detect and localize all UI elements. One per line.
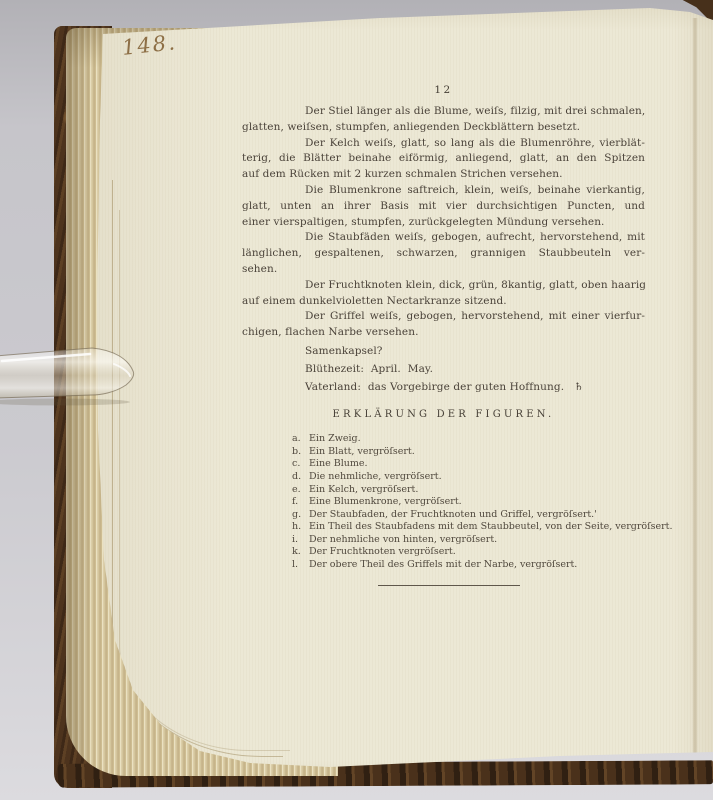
- figure-text: Eine Blume.: [309, 458, 368, 471]
- paragraph-line: Die Blumenkrone saftreich, klein, weiſs,…: [242, 183, 645, 199]
- section-end-rule: [378, 585, 520, 586]
- figure-letter: b.: [292, 446, 309, 459]
- paragraph-line: terig, die Blätter beinahe eiförmig, anl…: [242, 151, 645, 167]
- paragraph-line: Der Griffel weiſs, gebogen, hervorstehen…: [242, 309, 645, 325]
- figure-item: d.Die nehmliche, vergröſsert.: [292, 471, 645, 484]
- paragraph-line: sehen.: [242, 262, 645, 278]
- handwritten-folio-number: 148.: [121, 30, 178, 60]
- figure-letter: l.: [292, 559, 309, 572]
- figure-item: f.Eine Blumenkrone, vergröſsert.: [292, 496, 645, 509]
- samenkapsel-line: Samenkapsel?: [242, 344, 645, 360]
- figure-letter: k.: [292, 546, 309, 559]
- paragraph-line: chigen, flachen Narbe versehen.: [242, 325, 645, 341]
- paragraph-line: Der Stiel länger als die Blume, weiſs, f…: [242, 104, 645, 120]
- paragraph-line: glatt, unten an ihrer Basis mit vier dur…: [242, 199, 645, 215]
- paragraph-line: Der Kelch weiſs, glatt, so lang als die …: [242, 136, 645, 152]
- paragraph-line: auf dem Rücken mit 2 kurzen schmalen Str…: [242, 167, 645, 183]
- figure-text: Der nehmliche von hinten, vergröſsert.: [309, 534, 497, 547]
- figure-text: Der Staubfaden, der Fruchtknoten und Gri…: [309, 509, 597, 522]
- figure-text: Ein Theil des Staubfadens mit dem Staubb…: [309, 521, 673, 534]
- text-block: 12 Der Stiel länger als die Blume, weiſs…: [242, 84, 645, 586]
- glass-page-weight: [0, 342, 148, 412]
- figure-letter: d.: [292, 471, 309, 484]
- figure-text: Die nehmliche, vergröſsert.: [309, 471, 442, 484]
- paragraph-line: länglichen, gespaltenen, schwarzen, gran…: [242, 246, 645, 262]
- figure-item: h.Ein Theil des Staubfadens mit dem Stau…: [292, 521, 645, 534]
- figure-item: c.Eine Blume.: [292, 458, 645, 471]
- figure-item: l.Der obere Theil des Griffels mit der N…: [292, 559, 645, 572]
- figure-letter: g.: [292, 509, 309, 522]
- figure-text: Der obere Theil des Griffels mit der Nar…: [309, 559, 577, 572]
- paragraph-line: Der Fruchtknoten klein, dick, grün, 8kan…: [242, 278, 645, 294]
- figure-text: Der Fruchtknoten vergröſsert.: [309, 546, 456, 559]
- figure-text: Ein Zweig.: [309, 433, 361, 446]
- figure-letter: a.: [292, 433, 309, 446]
- figure-letter: i.: [292, 534, 309, 547]
- figure-item: b.Ein Blatt, vergröſsert.: [292, 446, 645, 459]
- figure-item: i.Der nehmliche von hinten, vergröſsert.: [292, 534, 645, 547]
- book-scan-scene: 148. 12 Der Stiel länger als die Blume, …: [0, 0, 713, 800]
- page-gutter-crease: [692, 18, 698, 756]
- paragraph-line: auf einem dunkelvioletten Nectarkranze s…: [242, 294, 645, 310]
- figure-letter: f.: [292, 496, 309, 509]
- figure-item: e.Ein Kelch, vergröſsert.: [292, 484, 645, 497]
- figure-letter: e.: [292, 484, 309, 497]
- figure-item: k.Der Fruchtknoten vergröſsert.: [292, 546, 645, 559]
- figure-explanation-list: a.Ein Zweig. b.Ein Blatt, vergröſsert. c…: [292, 433, 645, 572]
- figure-letter: c.: [292, 458, 309, 471]
- saturn-symbol: ♄: [574, 381, 584, 393]
- vaterland-text: Vaterland: das Vorgebirge der guten Hoff…: [305, 381, 564, 393]
- paragraph-line: Die Staubfäden weiſs, gebogen, aufrecht,…: [242, 230, 645, 246]
- vaterland-line: Vaterland: das Vorgebirge der guten Hoff…: [242, 380, 645, 396]
- figure-item: a.Ein Zweig.: [292, 433, 645, 446]
- paragraph-line: glatten, weiſsen, stumpfen, anliegenden …: [242, 120, 645, 136]
- paragraph-line: einer vierspaltigen, stumpfen, zurückgel…: [242, 215, 645, 231]
- rod-shadow: [0, 399, 130, 406]
- figure-text: Ein Kelch, vergröſsert.: [309, 484, 418, 497]
- figure-letter: h.: [292, 521, 309, 534]
- bluethezeit-line: Blüthezeit: April. May.: [242, 362, 645, 378]
- page-number: 12: [242, 84, 645, 100]
- figure-text: Eine Blumenkrone, vergröſsert.: [309, 496, 462, 509]
- figures-heading: ERKLÄRUNG DER FIGUREN.: [242, 409, 645, 420]
- figure-text: Ein Blatt, vergröſsert.: [309, 446, 415, 459]
- figure-item: g.Der Staubfaden, der Fruchtknoten und G…: [292, 509, 645, 522]
